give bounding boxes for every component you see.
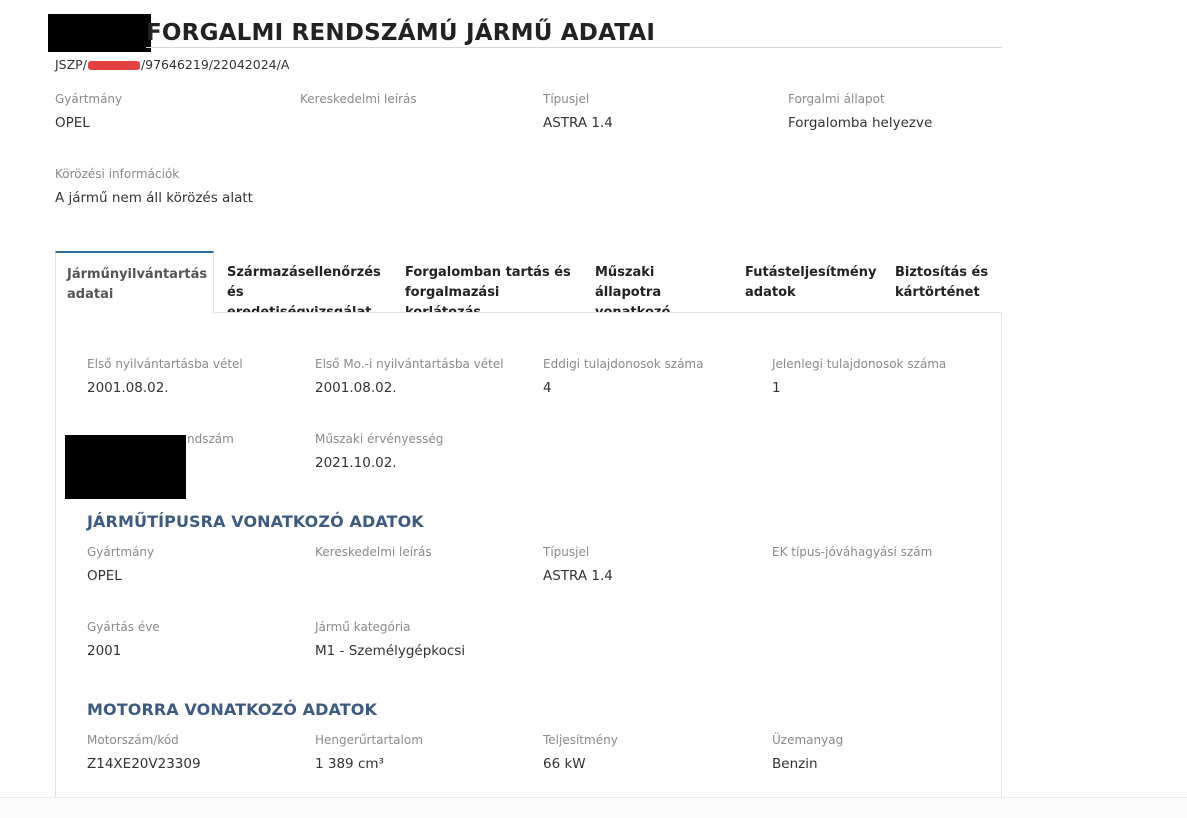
vehicle-data-page: FORGALMI RENDSZÁMÚ JÁRMŰ ADATAI JSZP//97… [0,0,1187,818]
field-label: EK típus-jóváhagyási szám [772,545,932,559]
tab-technical-condition[interactable]: Műszaki állapotra vonatkozó adatok [584,251,734,313]
section-title-vehicle-type: JÁRMŰTÍPUSRA VONATKOZÓ ADATOK [87,512,424,531]
engine-field-power: Teljesítmény 66 kW [543,733,618,772]
redacted-plate-field [65,435,186,499]
field-label: Típusjel [543,545,613,559]
field-label: Gyártmány [55,92,122,106]
registry-field-current-owners: Jelenlegi tulajdonosok száma 1 [772,357,946,396]
tab-label-line1: Futásteljesítmény [745,263,874,283]
field-label: Kereskedelmi leírás [300,92,417,106]
field-label: Üzemanyag [772,733,843,747]
reference-number: JSZP//97646219/22042024/A [55,57,289,72]
field-value: A jármű nem áll körözés alatt [55,190,253,206]
field-value: OPEL [87,568,154,584]
field-label: Motorszám/kód [87,733,201,747]
tab-mileage[interactable]: Futásteljesítmény adatok [734,251,884,313]
registry-field-first-registration: Első nyilvántartásba vétel 2001.08.02. [87,357,243,396]
reference-prefix: JSZP/ [55,57,87,72]
tab-origin-check[interactable]: Származásellenőrzés és eredetiségvizsgál… [216,251,394,313]
field-value: OPEL [55,115,122,131]
title-divider [146,47,1002,48]
tab-label-line1: Forgalomban tartás és [405,263,574,283]
field-label: Műszaki érvényesség [315,432,443,446]
engine-field-fuel: Üzemanyag Benzin [772,733,843,772]
footer-band [0,797,1187,818]
field-value: Forgalomba helyezve [788,115,932,131]
summary-field-make: Gyártmány OPEL [55,92,122,131]
vehicle-type-field-make: Gyártmány OPEL [87,545,154,584]
field-label: Kereskedelmi leírás [315,545,432,559]
field-label: Hengerűrtartalom [315,733,423,747]
field-value: Z14XE20V23309 [87,756,201,772]
field-label: Körözési információk [55,167,253,181]
field-label: Gyártás éve [87,620,160,634]
field-label: Típusjel [543,92,613,106]
tab-label-line2: adatai [67,285,203,305]
registry-field-technical-validity: Műszaki érvényesség 2021.10.02. [315,432,443,471]
redacted-reference-part [88,61,140,70]
tab-label-line1: Műszaki állapotra [595,263,724,303]
tab-label-line1: Járműnyilvántartás [67,265,203,285]
field-label: Teljesítmény [543,733,618,747]
redacted-plate-number [48,14,151,52]
field-value: Benzin [772,756,843,772]
field-label: Jármű kategória [315,620,465,634]
tab-label-line1: Származásellenőrzés [227,263,384,283]
vehicle-type-field-ec-approval: EK típus-jóváhagyási szám [772,545,932,568]
field-value: ASTRA 1.4 [543,115,613,131]
field-label: Gyártmány [87,545,154,559]
field-value: 2001.08.02. [87,380,243,396]
field-value: 1 [772,380,946,396]
page-title: FORGALMI RENDSZÁMÚ JÁRMŰ ADATAI [146,20,655,46]
summary-field-wanted-info: Körözési információk A jármű nem áll kör… [55,167,253,206]
tab-traffic-restrictions[interactable]: Forgalomban tartás és forgalmazási korlá… [394,251,584,313]
tab-registry-data[interactable]: Járműnyilvántartás adatai [55,251,214,314]
vehicle-type-field-production-year: Gyártás éve 2001 [87,620,160,659]
field-label: Első Mo.-i nyilvántartásba vétel [315,357,504,371]
tab-bar: Járműnyilvántartás adatai Származásellen… [55,251,1002,313]
tab-label-line1: Biztosítás és [895,263,992,283]
field-label: Jelenlegi tulajdonosok száma [772,357,946,371]
field-label: ndszám [187,432,234,446]
summary-field-type-code: Típusjel ASTRA 1.4 [543,92,613,131]
section-title-engine: MOTORRA VONATKOZÓ ADATOK [87,700,377,719]
registry-field-previous-owners: Eddigi tulajdonosok száma 4 [543,357,703,396]
engine-field-engine-code: Motorszám/kód Z14XE20V23309 [87,733,201,772]
field-value: M1 - Személygépkocsi [315,643,465,659]
vehicle-type-field-type-code: Típusjel ASTRA 1.4 [543,545,613,584]
field-value: 1 389 cm³ [315,756,423,772]
field-value: ASTRA 1.4 [543,568,613,584]
tab-label-line2: adatok [745,283,874,303]
vehicle-type-field-commercial-description: Kereskedelmi leírás [315,545,432,568]
field-value: 2001 [87,643,160,659]
field-value: 2021.10.02. [315,455,443,471]
tab-label-line2: kártörténet [895,283,992,303]
field-value: 4 [543,380,703,396]
field-value: 2001.08.02. [315,380,504,396]
vehicle-type-field-category: Jármű kategória M1 - Személygépkocsi [315,620,465,659]
registry-field-plate-partial: ndszám [187,432,234,446]
registry-field-first-hu-registration: Első Mo.-i nyilvántartásba vétel 2001.08… [315,357,504,396]
engine-field-displacement: Hengerűrtartalom 1 389 cm³ [315,733,423,772]
field-label: Eddigi tulajdonosok száma [543,357,703,371]
field-value: 66 kW [543,756,618,772]
tab-insurance-damage-history[interactable]: Biztosítás és kártörténet [884,251,1002,313]
summary-field-traffic-status: Forgalmi állapot Forgalomba helyezve [788,92,932,131]
summary-field-commercial-description: Kereskedelmi leírás [300,92,417,115]
field-label: Első nyilvántartásba vétel [87,357,243,371]
field-label: Forgalmi állapot [788,92,932,106]
reference-suffix: /97646219/22042024/A [141,57,289,72]
